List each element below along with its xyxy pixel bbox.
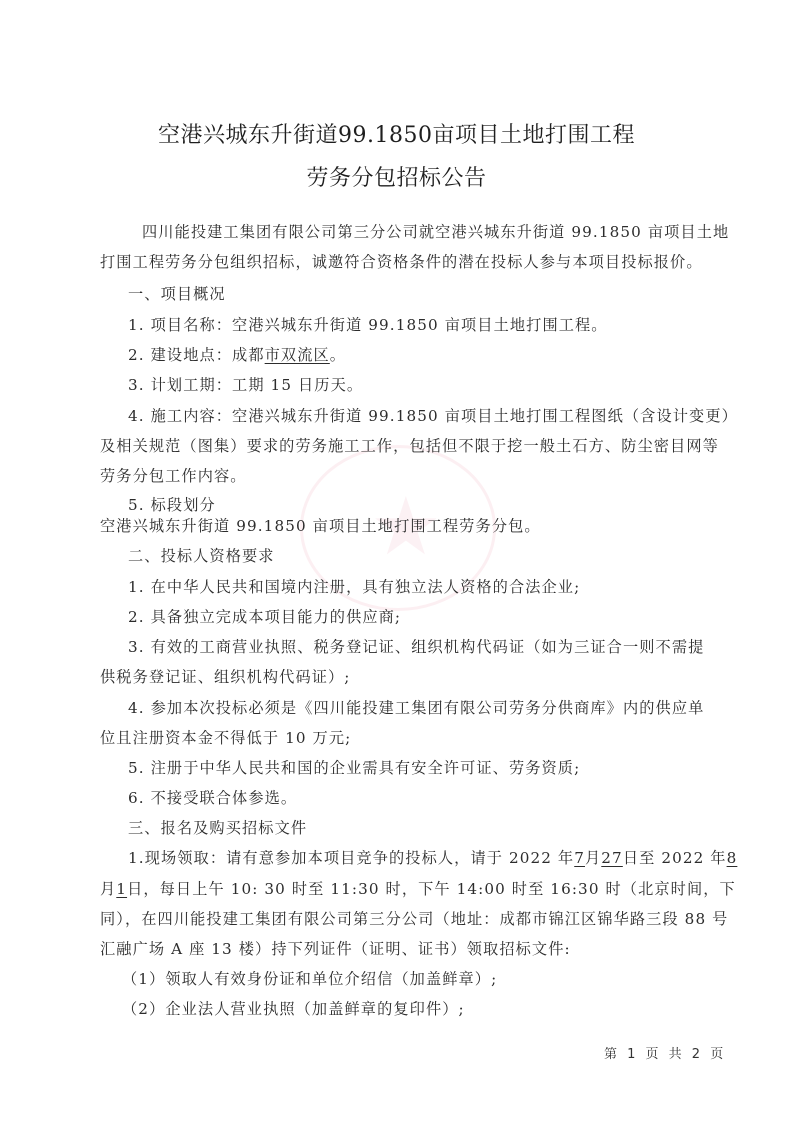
item2-prefix: 2. 建设地点：成都: [128, 346, 265, 364]
section1-heading: 一、项目概况: [128, 283, 226, 304]
section3-sub2: （2）企业法人营业执照（加盖鲜章的复印件）;: [122, 998, 465, 1019]
start-day: 27: [601, 849, 623, 867]
section2-item4-line2: 位且注册资本金不得低于 10 万元;: [100, 727, 351, 748]
page-number: 第 1 页 共 2 页: [604, 1043, 726, 1062]
item1-text-a: 1.现场领取：请有意参加本项目竞争的投标人，请于 2022 年: [128, 849, 574, 867]
intro-line-2: 打围工程劳务分包组织招标，诚邀符合资格条件的潜在投标人参与本项目投标报价。: [100, 251, 703, 272]
section2-item2: 2. 具备独立完成本项目能力的供应商;: [128, 606, 401, 627]
section1-item4-line3: 劳务分包工作内容。: [100, 465, 247, 486]
section1-item4-line1: 4. 施工内容：空港兴城东升街道 99.1850 亩项目土地打围工程图纸（含设计…: [128, 405, 738, 426]
end-month: 8: [727, 849, 738, 867]
section3-item1-line1: 1.现场领取：请有意参加本项目竞争的投标人，请于 2022 年7月27日至 20…: [128, 847, 737, 868]
section2-item1: 1. 在中华人民共和国境内注册，具有独立法人资格的合法企业;: [128, 576, 580, 597]
end-day: 1: [116, 880, 127, 898]
document-title-line1: 空港兴城东升街道99.1850亩项目土地打围工程: [0, 118, 793, 149]
section2-item3-line1: 3. 有效的工商营业执照、税务登记证、组织机构代码证（如为三证合一则不需提: [128, 636, 704, 657]
item1-text-d: 月: [100, 880, 116, 898]
section1-item4-line2: 及相关规范（图集）要求的劳务施工工作，包括但不限于挖一般土石方、防尘密目网等: [100, 435, 719, 456]
section2-heading: 二、投标人资格要求: [128, 545, 275, 566]
section2-item6: 6. 不接受联合体参选。: [128, 787, 297, 808]
section2-item3-line2: 供税务登记证、组织机构代码证）;: [100, 666, 351, 687]
section2-item5: 5. 注册于中华人民共和国的企业需具有安全许可证、劳务资质;: [128, 757, 580, 778]
section3-heading: 三、报名及购买招标文件: [128, 817, 307, 838]
document-title-line2: 劳务分包招标公告: [0, 161, 793, 192]
item1-text-c: 日至 2022 年: [623, 849, 727, 867]
section3-item1-line3: 同），在四川能投建工集团有限公司第三分公司（地址：成都市锦江区锦华路三段 88 …: [100, 908, 728, 929]
section1-item5-body: 空港兴城东升街道 99.1850 亩项目土地打围工程劳务分包。: [100, 515, 541, 536]
section3-item1-line2: 月1日，每日上午 10: 30 时至 11:30 时，下午 14:00 时至 1…: [100, 878, 736, 899]
section1-item2: 2. 建设地点：成都市双流区。: [128, 344, 346, 365]
intro-line-1: 四川能投建工集团有限公司第三分公司就空港兴城东升街道 99.1850 亩项目土地: [142, 221, 729, 242]
item2-suffix: 。: [330, 346, 346, 364]
section3-sub1: （1）领取人有效身份证和单位介绍信（加盖鲜章）;: [122, 968, 497, 989]
section2-item4-line1: 4. 参加本次投标必须是《四川能投建工集团有限公司劳务分供商库》内的供应单: [128, 697, 704, 718]
section1-item5-heading: 5. 标段划分: [128, 494, 216, 515]
section1-item3: 3. 计划工期：工期 15 日历天。: [128, 374, 363, 395]
item2-location-underlined: 市双流区: [265, 346, 330, 364]
item1-text-b: 月: [585, 849, 601, 867]
item1-text-e: 日，每日上午 10: 30 时至 11:30 时，下午 14:00 时至 16:…: [127, 880, 736, 898]
section3-item1-line4: 汇融广场 A 座 13 楼）持下列证件（证明、证书）领取招标文件:: [100, 938, 571, 959]
start-month: 7: [574, 849, 585, 867]
section1-item1: 1. 项目名称：空港兴城东升街道 99.1850 亩项目土地打围工程。: [128, 314, 608, 335]
